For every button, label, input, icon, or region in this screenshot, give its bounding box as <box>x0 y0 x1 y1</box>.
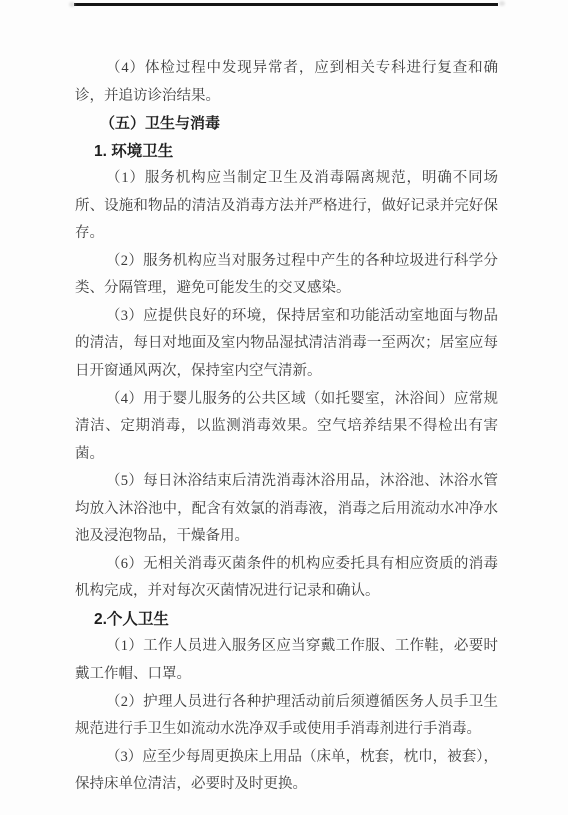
document-body: （4）体检过程中发现异常者，应到相关专科进行复查和确诊，并追访诊治结果。（五）卫… <box>75 55 498 799</box>
paragraph: （2）护理人员进行各种护理活动前后须遵循医务人员手卫生规范进行手卫生如流动水洗净… <box>75 689 498 744</box>
paragraph: （1）服务机构应当制定卫生及消毒隔离规范，明确不同场所、设施和物品的清洁及消毒方… <box>75 165 498 248</box>
document-page: （4）体检过程中发现异常者，应到相关专科进行复查和确诊，并追访诊治结果。（五）卫… <box>0 0 568 815</box>
paragraph: （3）应至少每周更换床上用品（床单，枕套，枕巾，被套），保持床单位清洁，必要时及… <box>75 744 498 799</box>
scan-artifact-right <box>499 1 505 6</box>
paragraph: （4）用于婴儿服务的公共区域（如托婴室，沐浴间）应常规清洁、定期消毒，以监测消毒… <box>75 386 498 469</box>
subsection-heading: 1. 环境卫生 <box>75 138 498 166</box>
page-top-rule <box>74 3 498 6</box>
scan-artifact-left <box>69 2 75 7</box>
subsection-heading: 2.个人卫生 <box>75 606 498 634</box>
section-heading: （五）卫生与消毒 <box>75 110 498 138</box>
paragraph: （2）服务机构应当对服务过程中产生的各种垃圾进行科学分类、分隔管理，避免可能发生… <box>75 248 498 303</box>
paragraph: （6）无相关消毒灭菌条件的机构应委托具有相应资质的消毒机构完成，并对每次灭菌情况… <box>75 551 498 606</box>
paragraph: （4）体检过程中发现异常者，应到相关专科进行复查和确诊，并追访诊治结果。 <box>75 55 498 110</box>
paragraph: （1）工作人员进入服务区应当穿戴工作服、工作鞋，必要时戴工作帽、口罩。 <box>75 633 498 688</box>
paragraph: （3）应提供良好的环境，保持居室和功能活动室地面与物品的清洁，每日对地面及室内物… <box>75 303 498 386</box>
paragraph: （5）每日沐浴结束后清洗消毒沐浴用品，沐浴池、沐浴水管均放入沐浴池中，配含有效氯… <box>75 468 498 551</box>
